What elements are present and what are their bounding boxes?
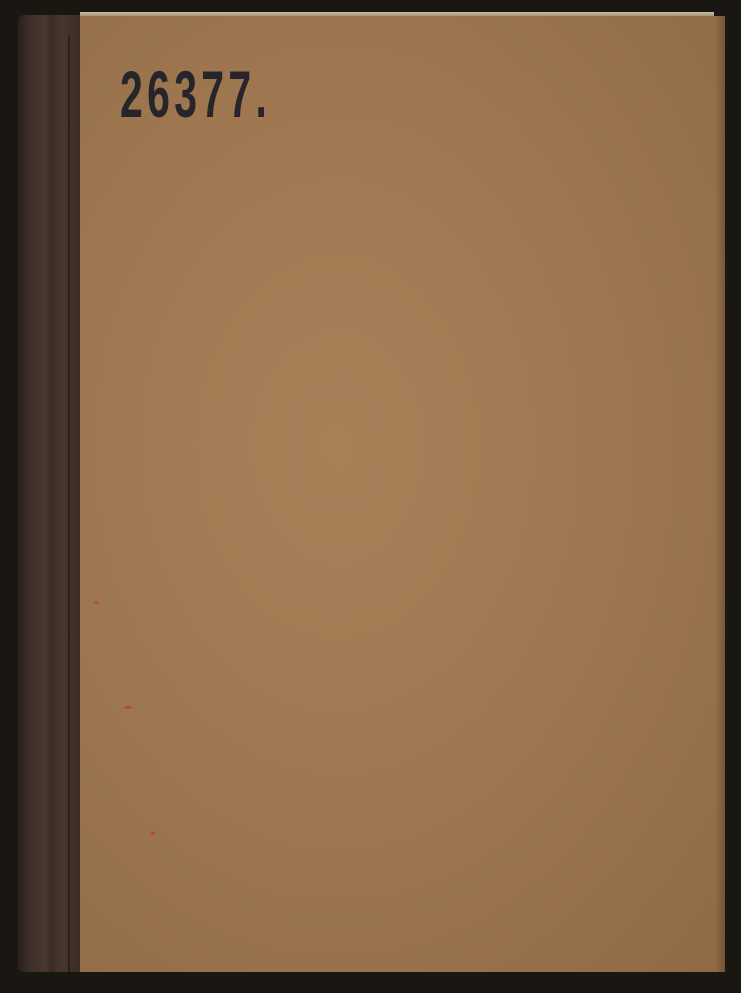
stain-speck bbox=[124, 706, 132, 709]
stain-speck bbox=[94, 601, 99, 604]
cover-edge-shadow bbox=[715, 16, 725, 972]
inventory-number-stamp: 26377. bbox=[120, 61, 271, 127]
spine-hinge-line bbox=[68, 35, 70, 980]
book-spine bbox=[18, 15, 80, 972]
book-cover: 26377. bbox=[80, 16, 725, 972]
stain-speck bbox=[150, 832, 155, 835]
